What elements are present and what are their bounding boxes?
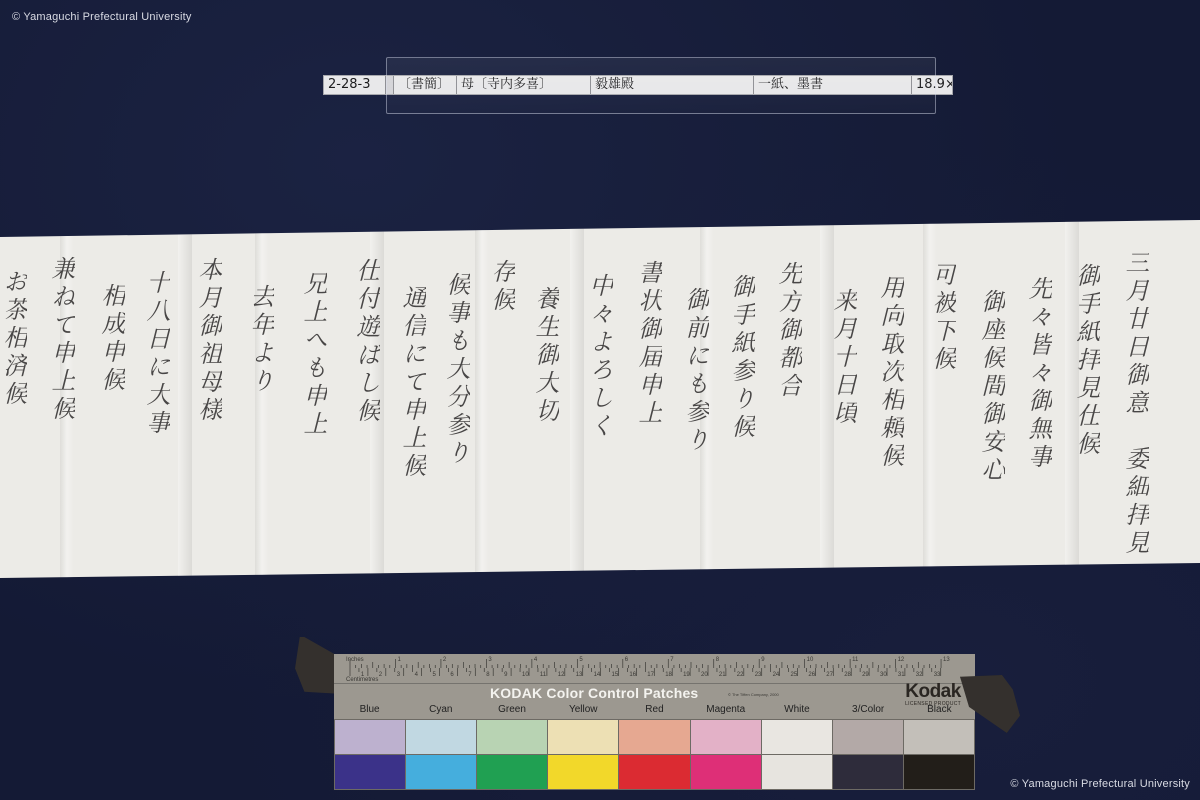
color-patch-magenta-dark xyxy=(691,755,761,789)
letter-column: 養生御大切 xyxy=(533,286,557,426)
patch-label-yellow: Yellow xyxy=(548,704,619,718)
color-patch-white-dark xyxy=(762,755,832,789)
ruler-centimetres-label: Centimetres xyxy=(346,677,378,683)
acrylic-label-holder xyxy=(386,57,936,114)
patch-label-cyan: Cyan xyxy=(405,704,476,718)
kodak-title: KODAK Color Control Patches xyxy=(490,685,698,701)
color-patch-yellow-dark xyxy=(548,755,618,789)
color-patch-cyan-light xyxy=(406,720,476,754)
svg-text:4: 4 xyxy=(534,657,538,663)
svg-text:21: 21 xyxy=(719,672,726,678)
svg-text:28: 28 xyxy=(844,672,851,678)
letter-paper: 三月廿日御意 委細拝見御手紙拝見仕候先々皆々御無事御座候間御安心可被下候用向取次… xyxy=(0,220,1200,580)
svg-text:11: 11 xyxy=(852,657,859,663)
letter-column: 去年より xyxy=(248,284,272,396)
letter-column: 用向取次相頼候 xyxy=(878,275,902,471)
svg-text:6: 6 xyxy=(625,657,629,663)
letter-column: 相成申候 xyxy=(99,283,123,395)
color-patch-yellow-light xyxy=(548,720,618,754)
color-patch-red-light xyxy=(619,720,689,754)
color-patch-black-dark xyxy=(904,755,974,789)
color-patch-3color-dark xyxy=(833,755,903,789)
svg-text:13: 13 xyxy=(576,672,583,678)
letter-column: 可被下候 xyxy=(930,262,954,374)
svg-text:30: 30 xyxy=(880,672,887,678)
ruler-ticks: 1234567891011121312345678910111213141516… xyxy=(334,654,975,684)
kodak-copyright: © The Tiffen Company, 2000 xyxy=(728,692,779,697)
svg-text:2: 2 xyxy=(443,657,447,663)
patch-label-3color: 3/Color xyxy=(833,704,904,718)
letter-column: 三月廿日御意 委細拝見 xyxy=(1123,250,1147,558)
svg-text:3: 3 xyxy=(488,657,492,663)
color-patch-cyan-dark xyxy=(406,755,476,789)
svg-text:19: 19 xyxy=(683,672,690,678)
svg-text:22: 22 xyxy=(737,672,744,678)
color-patch-green-light xyxy=(477,720,547,754)
svg-text:9: 9 xyxy=(761,657,765,663)
letter-column: 御手紙参り候 xyxy=(729,274,753,442)
color-patch-blue-light xyxy=(335,720,405,754)
kodak-logo-text: Kodak xyxy=(905,682,961,701)
svg-text:17: 17 xyxy=(647,672,654,678)
copyright-credit-top: © Yamaguchi Prefectural University xyxy=(12,11,192,23)
color-patch-white-light xyxy=(762,720,832,754)
letter-column: 存候 xyxy=(489,259,513,315)
svg-text:13: 13 xyxy=(943,657,950,663)
svg-text:29: 29 xyxy=(862,672,869,678)
svg-text:12: 12 xyxy=(558,672,565,678)
svg-text:24: 24 xyxy=(773,672,780,678)
svg-text:18: 18 xyxy=(665,672,672,678)
svg-text:9: 9 xyxy=(504,672,508,678)
letter-column: 御手紙拝見仕候 xyxy=(1074,263,1098,459)
letter-column: 本月御祖母様 xyxy=(196,257,220,425)
letter-column: 書状御届申上 xyxy=(636,260,660,428)
patch-label-white: White xyxy=(761,704,832,718)
letter-column: お茶相済候 xyxy=(1,269,25,409)
svg-text:1: 1 xyxy=(397,657,401,663)
svg-text:16: 16 xyxy=(629,672,636,678)
svg-text:32: 32 xyxy=(916,672,923,678)
letter-column: 先方御都合 xyxy=(776,261,800,401)
patch-label-black: Black xyxy=(904,704,975,718)
svg-text:2: 2 xyxy=(379,672,383,678)
copyright-credit-bottom: © Yamaguchi Prefectural University xyxy=(1010,778,1190,790)
letter-column: 御座候間御安心 xyxy=(979,289,1003,485)
letter-column: 御前にも参り xyxy=(683,287,707,455)
svg-text:33: 33 xyxy=(934,672,941,678)
svg-text:3: 3 xyxy=(397,672,401,678)
letter-column: 通信にて申上候 xyxy=(400,285,424,481)
letter-column: 仕付遊ばし候 xyxy=(354,258,378,426)
svg-text:7: 7 xyxy=(468,672,472,678)
letter-column: 先々皆々御無事 xyxy=(1026,276,1050,472)
svg-text:5: 5 xyxy=(579,657,583,663)
letter-column: 候事も大分参り xyxy=(444,272,468,468)
ruler: 1234567891011121312345678910111213141516… xyxy=(334,654,975,684)
color-patch-magenta-light xyxy=(691,720,761,754)
patch-label-blue: Blue xyxy=(334,704,405,718)
svg-text:12: 12 xyxy=(898,657,905,663)
color-patch-blue-dark xyxy=(335,755,405,789)
patch-label-magenta: Magenta xyxy=(690,704,761,718)
letter-column: 十八日に大事 xyxy=(144,270,168,438)
letter-column: 兼ねて申上候 xyxy=(49,256,73,424)
svg-text:14: 14 xyxy=(594,672,601,678)
color-patch-grid xyxy=(334,719,975,790)
letter-column: 兄上へも申上 xyxy=(301,271,325,439)
svg-text:8: 8 xyxy=(716,657,720,663)
patch-label-green: Green xyxy=(476,704,547,718)
svg-text:27: 27 xyxy=(826,672,833,678)
svg-text:7: 7 xyxy=(670,657,674,663)
patch-labels: Blue Cyan Green Yellow Red Magenta White… xyxy=(334,704,975,718)
svg-text:25: 25 xyxy=(791,672,798,678)
svg-text:10: 10 xyxy=(807,657,814,663)
label-item-number: 2-28-3 xyxy=(324,76,386,94)
svg-text:6: 6 xyxy=(450,672,454,678)
patch-label-red: Red xyxy=(619,704,690,718)
color-patch-red-dark xyxy=(619,755,689,789)
svg-text:5: 5 xyxy=(433,672,437,678)
svg-text:26: 26 xyxy=(808,672,815,678)
letter-column: 来月十日頃 xyxy=(831,288,855,428)
svg-text:11: 11 xyxy=(540,672,547,678)
svg-text:20: 20 xyxy=(701,672,708,678)
svg-text:23: 23 xyxy=(755,672,762,678)
svg-text:4: 4 xyxy=(415,672,419,678)
kodak-color-card: 1234567891011121312345678910111213141516… xyxy=(334,654,975,790)
letter-column: 中々よろしく xyxy=(587,273,611,441)
letter-text: 三月廿日御意 委細拝見御手紙拝見仕候先々皆々御無事御座候間御安心可被下候用向取次… xyxy=(0,220,1200,580)
ruler-inches-label: Inches xyxy=(346,657,364,663)
svg-text:10: 10 xyxy=(522,672,529,678)
color-patch-green-dark xyxy=(477,755,547,789)
color-patch-black-light xyxy=(904,720,974,754)
svg-text:31: 31 xyxy=(898,672,905,678)
svg-text:8: 8 xyxy=(486,672,490,678)
svg-text:15: 15 xyxy=(612,672,619,678)
color-patch-3color-light xyxy=(833,720,903,754)
